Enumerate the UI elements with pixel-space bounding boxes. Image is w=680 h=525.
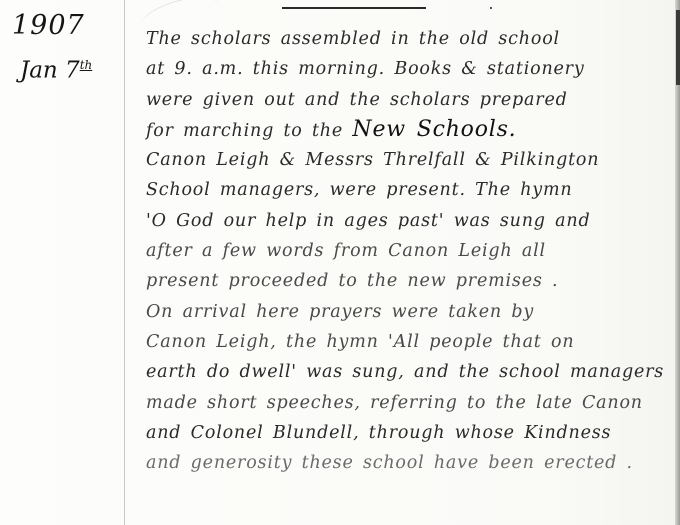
entry-line: at 9. a.m. this morning. Books & station… [146,54,676,84]
entry-separator-rule [282,7,426,9]
entry-line: 'O God our help in ages past' was sung a… [146,206,676,236]
entry-line: and Colonel Blundell, through whose Kind… [146,418,676,448]
entry-line: made short speeches, referring to the la… [146,388,676,418]
entry-line: earth do dwell' was sung, and the school… [146,357,676,387]
entry-line: after a few words from Canon Leigh all [146,236,676,266]
entry-line: Canon Leigh, the hymn 'All people that o… [146,327,676,357]
entry-line-text: for marching to the [146,121,352,141]
entry-line: The scholars assembled in the old school [146,24,676,54]
entry-date-month-day: Jan 7 [20,58,80,84]
entry-line: for marching to the New Schools. [146,115,676,145]
ink-dot [490,7,492,9]
entry-line: and generosity these school have been er… [146,448,676,478]
margin-rule [124,0,125,525]
entry-date: Jan 7th [20,48,120,88]
new-schools-emphasis: New Schools. [352,117,516,142]
entry-date-suffix: th [80,58,93,72]
entry-line: present proceeded to the new premises . [146,266,676,296]
entry-line: School managers, were present. The hymn [146,175,676,205]
date-margin: 1907 Jan 7th [10,10,120,88]
entry-line: Canon Leigh & Messrs Threlfall & Pilking… [146,145,676,175]
entry-body: The scholars assembled in the old school… [146,24,676,478]
entry-line: On arrival here prayers were taken by [146,297,676,327]
entry-line: were given out and the scholars prepared [146,85,676,115]
logbook-page: 1907 Jan 7th The scholars assembled in t… [0,0,680,525]
entry-year: 1907 [12,10,120,42]
binding-shadow [676,10,680,85]
